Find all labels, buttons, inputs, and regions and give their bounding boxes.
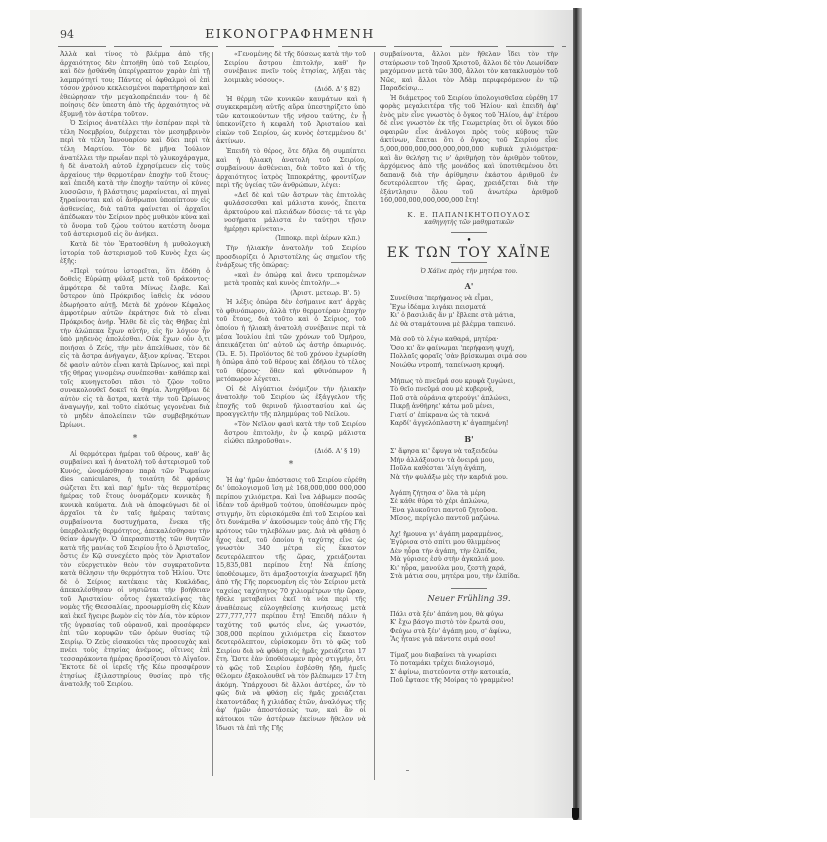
scan-speck	[406, 770, 409, 771]
citation: (Ἀριστ. μετεωρ. Β'. 5)	[216, 289, 360, 298]
paragraph: «Περὶ τούτου ἱστορεῖται, ὅτι ἐδόθη ὁ δοθ…	[60, 267, 210, 429]
paragraph: Ἀλλὰ καὶ τίνος τὸ βλέμμα ἀπὸ τῆς ἀρχαιότ…	[60, 50, 210, 118]
column-1-paragraphs: Ἀλλὰ καὶ τίνος τὸ βλέμμα ἀπὸ τῆς ἀρχαιότ…	[60, 50, 210, 429]
poem-line: Μὰ σοῦ τὸ λέγω καθαρά, μητέρα·	[390, 335, 558, 344]
poem-line: Ἀχ! ἤμουνα γι' ἀγάπη μαραμμένος,	[390, 530, 558, 539]
paragraph: Οἱ δὲ Αἰγύπτιοι ἐνόμιζον τὴν ἡλιακὴν ἀνα…	[216, 385, 366, 419]
paragraph: Τὴν ἡλιακὴν ἀνατολὴν τοῦ Σειρίου προσδιο…	[216, 244, 366, 270]
paragraph: Ἐπειδὴ τὸ θέρος, ὅτε δῆλα δὴ συμπίπτει κ…	[216, 147, 366, 190]
poem-line: Συνείθισα 'περήφανος νὰ εἶμαι,	[390, 294, 558, 303]
poem-line: Ποῦ στὰ οὐράνια φτερούγι' ἁπλώνει,	[390, 394, 558, 403]
section-subtitle: Ὁ Χάϊνε πρὸς τὴν μητέρα του.	[380, 267, 558, 276]
poem-line: Πολλαῖς φοραῖς 'σὰν βρίσκωμαι σιμά σου	[390, 352, 558, 361]
poem-line: Φεύγω στὰ ξέν' ἀγάπη μου, σ' ἀφίνω,	[390, 627, 558, 636]
section-separator-star: *	[216, 461, 366, 470]
poem-line: Ἕνα γλυκοῦτσι παντοῦ ζητοῦσα.	[390, 506, 558, 515]
masthead-title: ΕΙΚΟΝΟΓΡΑΦΗΜΕΝΗ	[200, 26, 380, 41]
poem-line: Πάλι στὰ ξέν' ἀπάνη μου, θὰ φύγω	[390, 610, 558, 619]
citation: (Διόδ. Α' § 19)	[216, 447, 360, 456]
quotation: «καὶ ἐν ὀπώρᾳ καὶ ἄνευ τρεπομένων μετὰ τ…	[216, 271, 366, 288]
poem-stanza: Τίμαζ μου διαβαίνει τὰ γνωρίσειΤὸ ποταμά…	[390, 651, 558, 685]
paragraph: Αἱ θερμότεραι ἡμέραι τοῦ θέρους, καθ' ἃς…	[60, 450, 210, 689]
quotation: «Τὸν Νεῖλον φασὶ κατὰ τὴν τοῦ Σειρίου ἄσ…	[216, 420, 366, 446]
poem-source-dateline: Neuer Frühling 39.	[380, 595, 558, 604]
poem-line: Ἐγύρισα στὸ σπίτι μου θλιμμένος	[390, 538, 558, 547]
author-signature: Κ. Ε. ΠΑΠΑΝΙΚΗΤΟΠΟΥΛΟΣ	[380, 211, 558, 220]
page-number: 94	[60, 28, 74, 41]
paragraph: συμβαίνοντα, ἄλλοι μὲν ἤθελαν ἴδει τὸν τ…	[380, 50, 558, 93]
poem-stanza: Μήπως τὸ πνεῦμά σου κρυφὰ ζυγώνει,Τὸ θεῖ…	[390, 377, 558, 428]
paragraph: Ἡ θέρμη τῶν κυνικῶν καυμάτων καὶ ἡ συγκε…	[216, 95, 366, 146]
poem-stanza: Πάλι στὰ ξέν' ἀπάνη μου, θὰ φύγωΚ' ἔχω β…	[390, 610, 558, 644]
column-divider	[212, 52, 213, 776]
poem-line: Κ' ἔχω βάσγο πιστὸ τὸν ἔρωτά σου,	[390, 618, 558, 627]
section-separator-star: *	[60, 435, 210, 444]
poem-line: Σ' ἄφησα κι' ἔφυγα νὰ ταξειδεύω	[390, 447, 558, 456]
column-3: συμβαίνοντα, ἄλλοι μὲν ἤθελαν ἴδει τὸν τ…	[380, 50, 558, 692]
poem-stanza: Ἀχ! ἤμουνα γι' ἀγάπη μαραμμένος,Ἐγύρισα …	[390, 530, 558, 581]
column-divider	[374, 52, 375, 780]
poem-line: Τίμαζ μου διαβαίνει τὰ γνωρίσει	[390, 651, 558, 660]
poem-line: Ποῦλα καθέσται 'λίγη ἀγάπη,	[390, 464, 558, 473]
poem-stanza: Σ' ἄφησα κι' ἔφυγα νὰ ταξειδεύωΜήν ἀλλάξ…	[390, 447, 558, 481]
poem-line: Τὸ ποταμάκι τρέχει διαλογισμό,	[390, 659, 558, 668]
poem-line: Νοιώθω ντροπή, ταπείνωση κρυφή.	[390, 361, 558, 370]
poem-line: Γιατί σ' ἐπίκρανα ὡς τὰ τεκνά	[390, 411, 558, 420]
divider-rule	[451, 232, 487, 233]
quotation: «Δεῖ δὲ καὶ τῶν ἄστρων τὰς ἐπιτολὰς φυλά…	[216, 191, 366, 234]
quotation: «Γενομένης δὲ τῆς δύσεως κατὰ τὴν τοῦ Σε…	[216, 50, 366, 84]
poem-part-c: Πάλι στὰ ξέν' ἀπάνη μου, θὰ φύγωΚ' ἔχω β…	[380, 610, 558, 685]
divider-rule	[451, 262, 487, 263]
citation: (Ἱπποκρ. περὶ ἀέρων κλπ.)	[216, 234, 360, 243]
paragraph: Ἡ διάμετρος τοῦ Σειρίου ὑπολογισθεῖσα εὑ…	[380, 94, 558, 205]
poem-line: Μήπως τὸ πνεῦμά σου κρυφὰ ζυγώνει,	[390, 377, 558, 386]
poem-line: Δὲ θὰ σταμάτουνα μὲ βλέμμα ταπεινό.	[390, 320, 558, 329]
header-rule	[58, 46, 566, 47]
poem-line: Κι' ὁ βασιλιᾶς ἂν μ' ἔβλεπε στὰ μάτια,	[390, 311, 558, 320]
poem-line: Ποῦ ἔφτασε τῆς Μοίρας τὸ γραμμένο!	[390, 676, 558, 685]
poem-line: Καρδί' ἀγγελόπλαστη κ' ἀγαπημένη!	[390, 419, 558, 428]
poem-line: Νὰ τὴν φυλάξω μὲς τὴν καρδιά μου.	[390, 473, 558, 482]
poem-line: Μὰ γύρισες ἐσὺ στὴν ἀγκαλιά μου.	[390, 555, 558, 564]
poem-line: Ἀγάπη ζήτησα σ' ὅλα τὰ μέρη	[390, 489, 558, 498]
paragraph: Ἡ λέξις ὀπώρα δὲν ἐσήμαινε κατ' ἀρχὰς τὸ…	[216, 298, 366, 383]
column-2-paragraphs-b: Ἡ λέξις ὀπώρα δὲν ἐσήμαινε κατ' ἀρχὰς τὸ…	[216, 298, 366, 419]
poem-stanza: Μὰ σοῦ τὸ λέγω καθαρά, μητέρα·Ὅσο κι' ἂν…	[390, 335, 558, 369]
poem-line: Στὰ μάτια σου, μητέρα μου, τὴν ἐλπίδα.	[390, 572, 558, 581]
poem-line: Σὲ κάθε θύρα τὸ χέρι ἁπλώνω,	[390, 497, 558, 506]
poem-part-b: Σ' ἄφησα κι' ἔφυγα νὰ ταξειδεύωΜήν ἀλλάξ…	[380, 447, 558, 581]
book-binding-edge	[573, 8, 582, 820]
divider-rule	[451, 588, 487, 589]
paragraph: Ἡ ἀφ' ἡμῶν ἀπόστασις τοῦ Σειρίου εὑρέθη …	[216, 476, 366, 732]
poem-line: Τὸ θεῖο πνεῦμά σου μὲ κυβερνᾷ,	[390, 385, 558, 394]
poem-part-label: Α'	[380, 282, 558, 291]
binding-corner	[572, 808, 579, 820]
poem-line: Πικρῇ ἀνθήρηε' κάτω μοῦ μένει,	[390, 402, 558, 411]
column-2: «Γενομένης δὲ τῆς δύσεως κατὰ τὴν τοῦ Σε…	[216, 50, 366, 733]
section-title: ΕΚ ΤΩΝ ΤΟΥ ΧΑΪΝΕ	[380, 249, 558, 258]
poem-stanza: Συνείθισα 'περήφανος νὰ εἶμαι,Ἔχω ἰδέαμα…	[390, 294, 558, 328]
poem-line: Μῖσος, περίγελο παντοῦ μαζώνω.	[390, 514, 558, 523]
citation: (Διόδ. Δ' § 82)	[216, 85, 360, 94]
column-2-paragraphs: Ἡ θέρμη τῶν κυνικῶν καυμάτων καὶ ἡ συγκε…	[216, 95, 366, 190]
poem-part-label: Β'	[380, 435, 558, 444]
poem-stanza: Ἀγάπη ζήτησα σ' ὅλα τὰ μέρηΣὲ κάθε θύρα …	[390, 489, 558, 523]
poem-line: Ἂς ἦτανε γιὰ πάντοτε σιμά σου!	[390, 635, 558, 644]
poem-line: Ἔχω ἰδέαμα λιγάκι πεισματά	[390, 303, 558, 312]
paragraph: Ὁ Σείριος ἀνατέλλει τὴν ἑσπέραν περὶ τὰ …	[60, 119, 210, 239]
column-1: Ἀλλὰ καὶ τίνος τὸ βλέμμα ἀπὸ τῆς ἀρχαιότ…	[60, 50, 210, 690]
paragraph: Κατὰ δὲ τὸν Ἐρατοσθένη ἡ μυθολογικὴ ἱστο…	[60, 240, 210, 266]
column-1-paragraphs-after: Αἱ θερμότεραι ἡμέραι τοῦ θέρους, καθ' ἃς…	[60, 450, 210, 689]
author-role: καθηγητὴς τῶν μαθηματικῶν	[380, 219, 558, 228]
poem-part-a: Συνείθισα 'περήφανος νὰ εἶμαι,Ἔχω ἰδέαμα…	[380, 294, 558, 428]
